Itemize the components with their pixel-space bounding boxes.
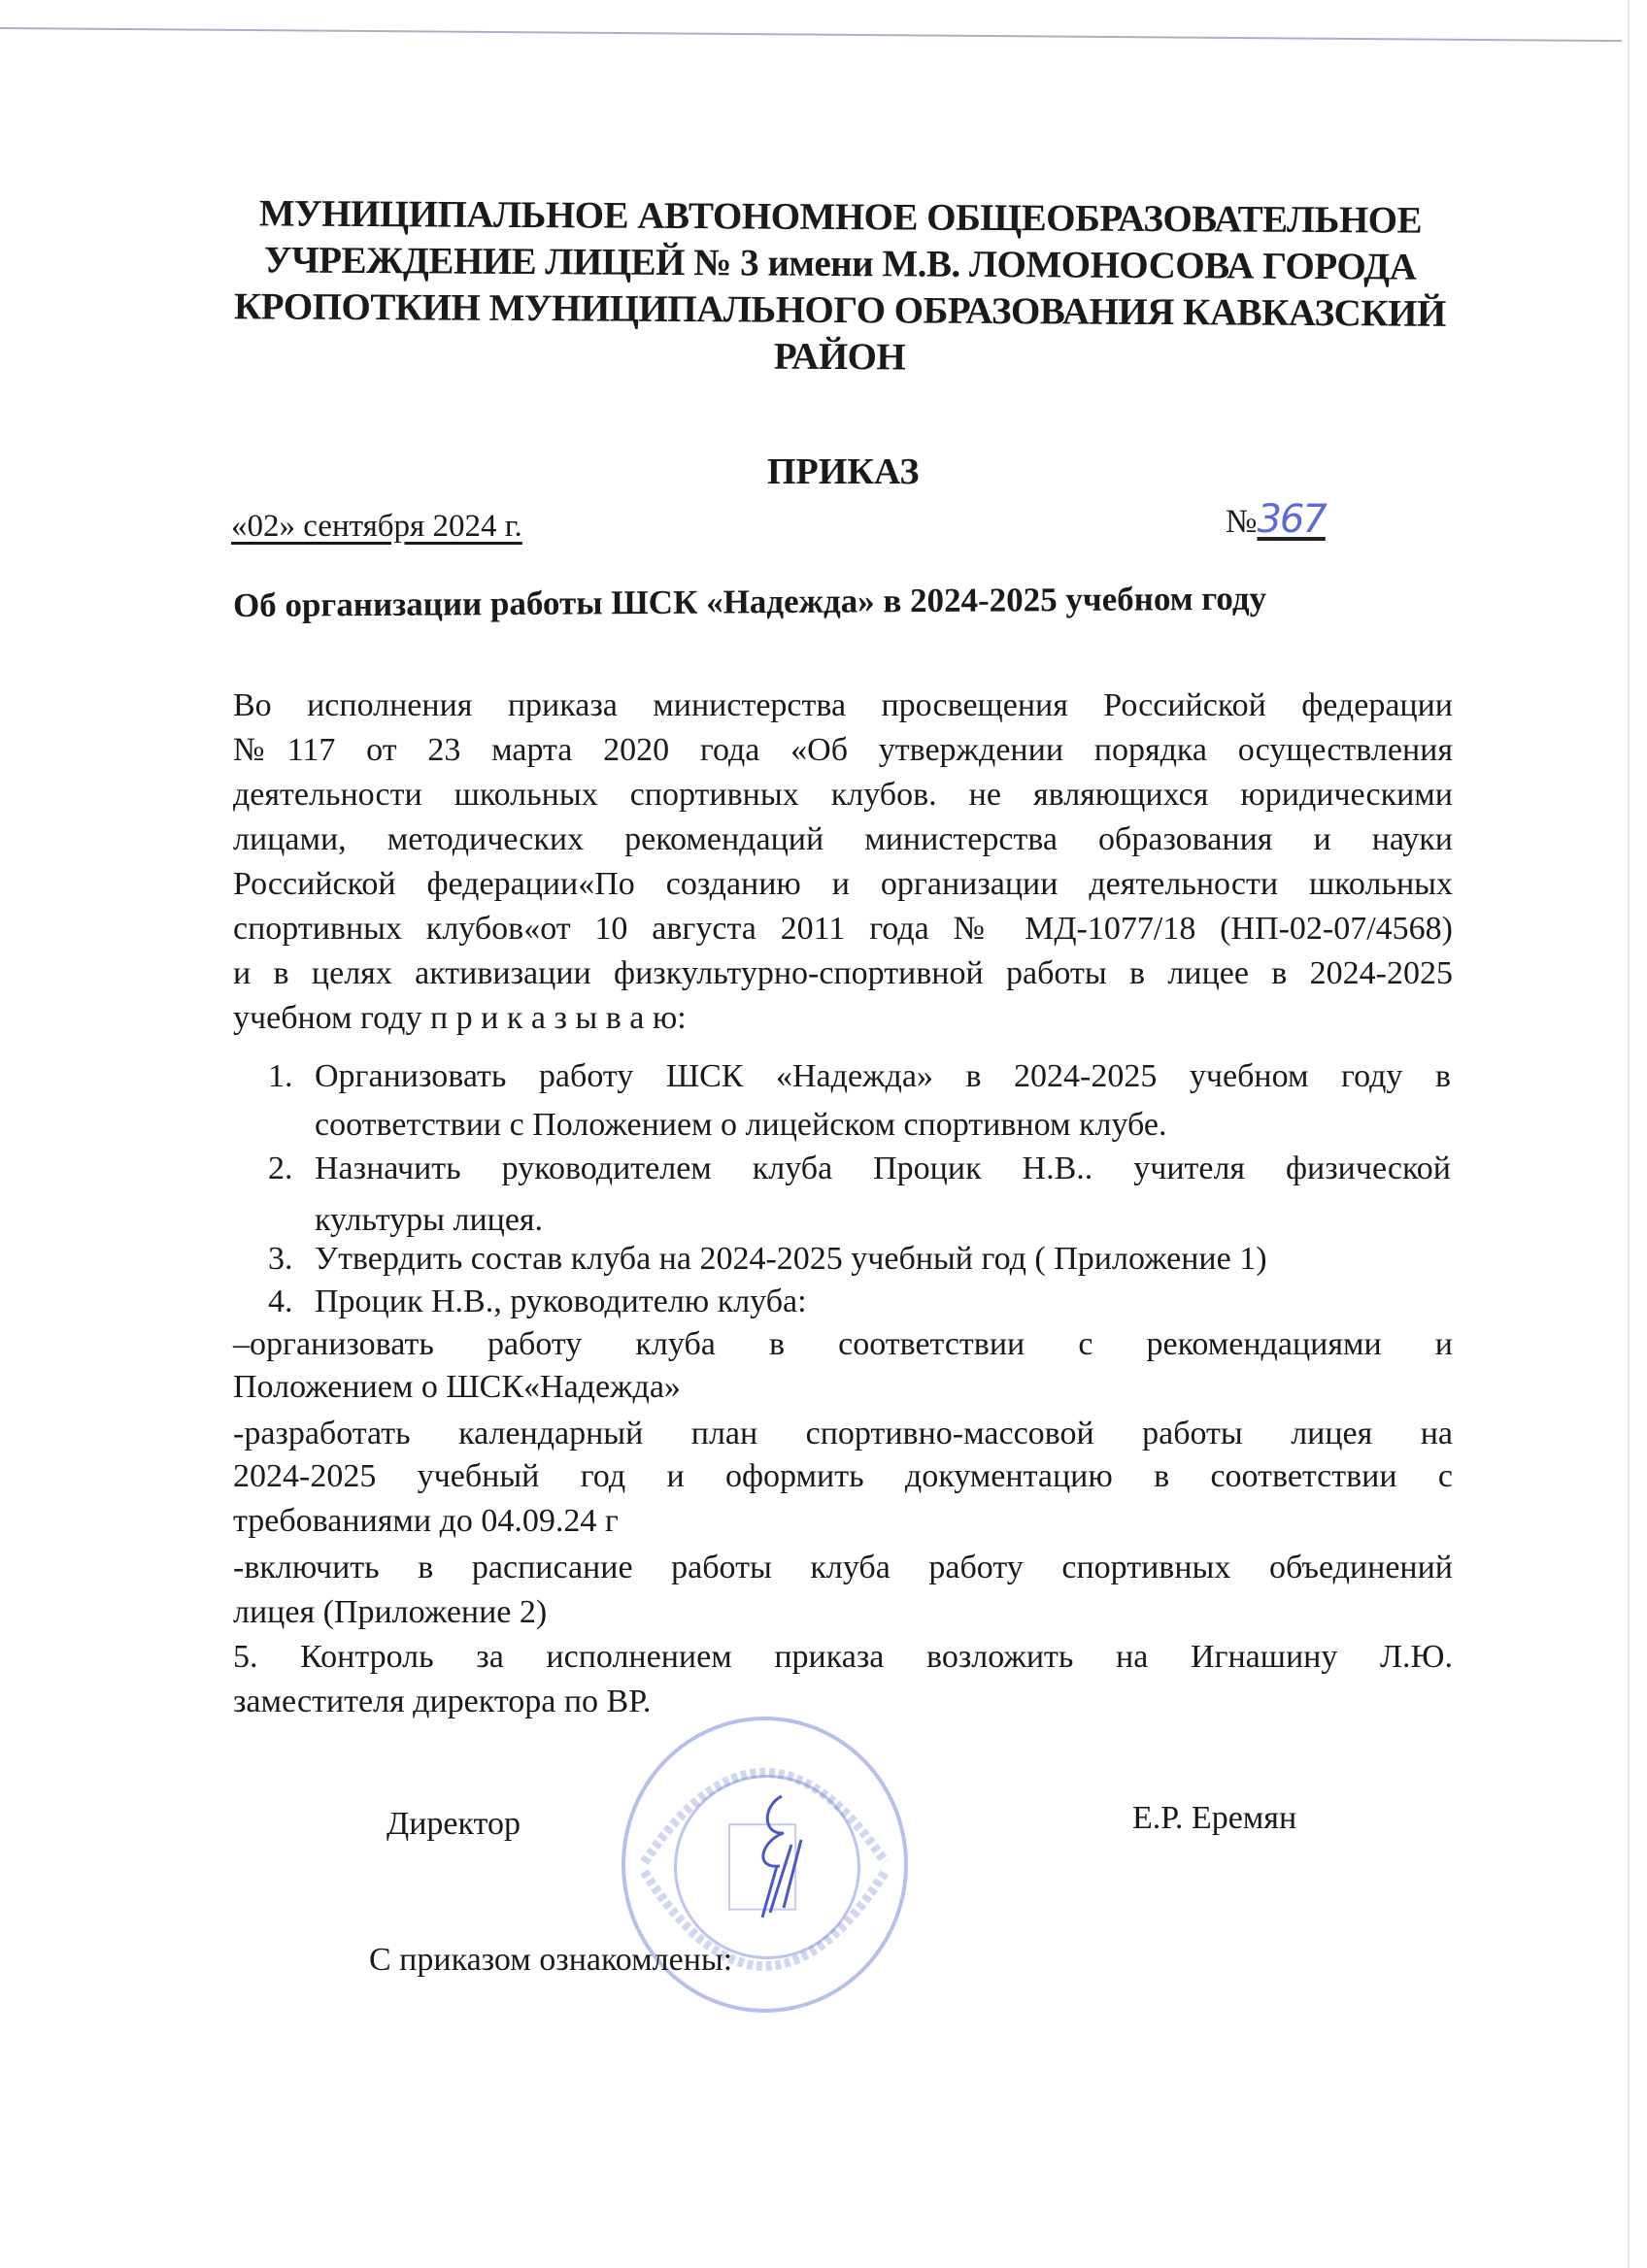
header-line: РАЙОН xyxy=(222,330,1456,384)
preamble-line: спортивных клубов«от 10 августа 2011 год… xyxy=(233,907,1453,951)
preamble-line: Во исполнения приказа министерства просв… xyxy=(233,684,1453,728)
number-sign: № xyxy=(1226,504,1257,540)
item-line: культуры лицея. xyxy=(315,1202,543,1239)
order-number: №367 xyxy=(1226,497,1326,542)
item-line: Утвердить состав клуба на 2024-2025 учеб… xyxy=(315,1241,1267,1278)
item-number: 1. xyxy=(268,1058,293,1095)
item-number: 4. xyxy=(268,1284,293,1320)
document-title: ПРИКАЗ xyxy=(767,450,919,493)
subitem-line: Положением о ШСК«Надежда» xyxy=(233,1369,681,1406)
subitem-line: -разработать календарный план спортивно-… xyxy=(233,1416,1453,1452)
preamble-line: деятельности школьных спортивных клубов.… xyxy=(233,773,1453,817)
header-line: МУНИЦИПАЛЬНОЕ АВТОНОМНОЕ ОБЩЕОБРАЗОВАТЕЛ… xyxy=(223,190,1457,245)
preamble-line: и в целях активизации физкультурно-спорт… xyxy=(233,951,1453,996)
item-5-line: заместителя директора по ВР. xyxy=(233,1684,651,1720)
handwritten-number: 367 xyxy=(1257,497,1325,542)
item-line: Процик Н.В., руководителю клуба: xyxy=(315,1284,807,1320)
preamble-line: лицами, методических рекомендаций минист… xyxy=(233,817,1453,862)
item-number: 2. xyxy=(268,1151,293,1187)
preamble-line: учебном году п р и к а з ы в а ю: xyxy=(233,996,1453,1041)
item-line: Назначить руководителем клуба Процик Н.В… xyxy=(315,1151,1451,1187)
item-number: 3. xyxy=(268,1241,293,1278)
subitem-line: требованиями до 04.09.24 г xyxy=(233,1503,619,1540)
header-line: КРОПОТКИН МУНИЦИПАЛЬНОГО ОБРАЗОВАНИЯ КАВ… xyxy=(223,283,1457,338)
order-date: «02» сентября 2024 г. xyxy=(231,509,522,545)
scan-edge-line xyxy=(0,27,1622,42)
subitem-line: 2024-2025 учебный год и оформить докумен… xyxy=(233,1458,1453,1495)
item-5-line: 5. Контроль за исполнением приказа возло… xyxy=(233,1639,1453,1676)
subitem-line: лицея (Приложение 2) xyxy=(233,1594,547,1631)
signature-icon xyxy=(723,1786,840,1922)
item-line: Организовать работу ШСК «Надежда» в 2024… xyxy=(315,1058,1451,1095)
item-line: соответствии с Положением о лицейском сп… xyxy=(315,1107,1166,1144)
acknowledgement-label: С приказом ознакомлены: xyxy=(369,1942,732,1979)
preamble-line: Российской федерации«По созданию и орган… xyxy=(233,862,1453,907)
preamble-line: №117 от 23 марта 2020 года «Об утвержден… xyxy=(233,728,1453,773)
header-line: УЧРЕЖДЕНИЕ ЛИЦЕЙ № 3 имени М.В. ЛОМОНОСО… xyxy=(223,237,1457,291)
order-subject: Об организации работы ШСК «Надежда» в 20… xyxy=(233,580,1266,625)
subitem-line: -включить в расписание работы клуба рабо… xyxy=(233,1550,1453,1586)
signature-role: Директор xyxy=(387,1806,521,1843)
signature-name: Е.Р. Еремян xyxy=(1132,1800,1296,1837)
scan-edge-right xyxy=(1628,0,1630,2268)
subitem-line: –организовать работу клуба в соответстви… xyxy=(233,1326,1453,1363)
document-page: МУНИЦИПАЛЬНОЕ АВТОНОМНОЕ ОБЩЕОБРАЗОВАТЕЛ… xyxy=(0,0,1647,2268)
organization-header: МУНИЦИПАЛЬНОЕ АВТОНОМНОЕ ОБЩЕОБРАЗОВАТЕЛ… xyxy=(222,190,1457,384)
preamble-paragraph: Во исполнения приказа министерства просв… xyxy=(233,684,1453,1041)
